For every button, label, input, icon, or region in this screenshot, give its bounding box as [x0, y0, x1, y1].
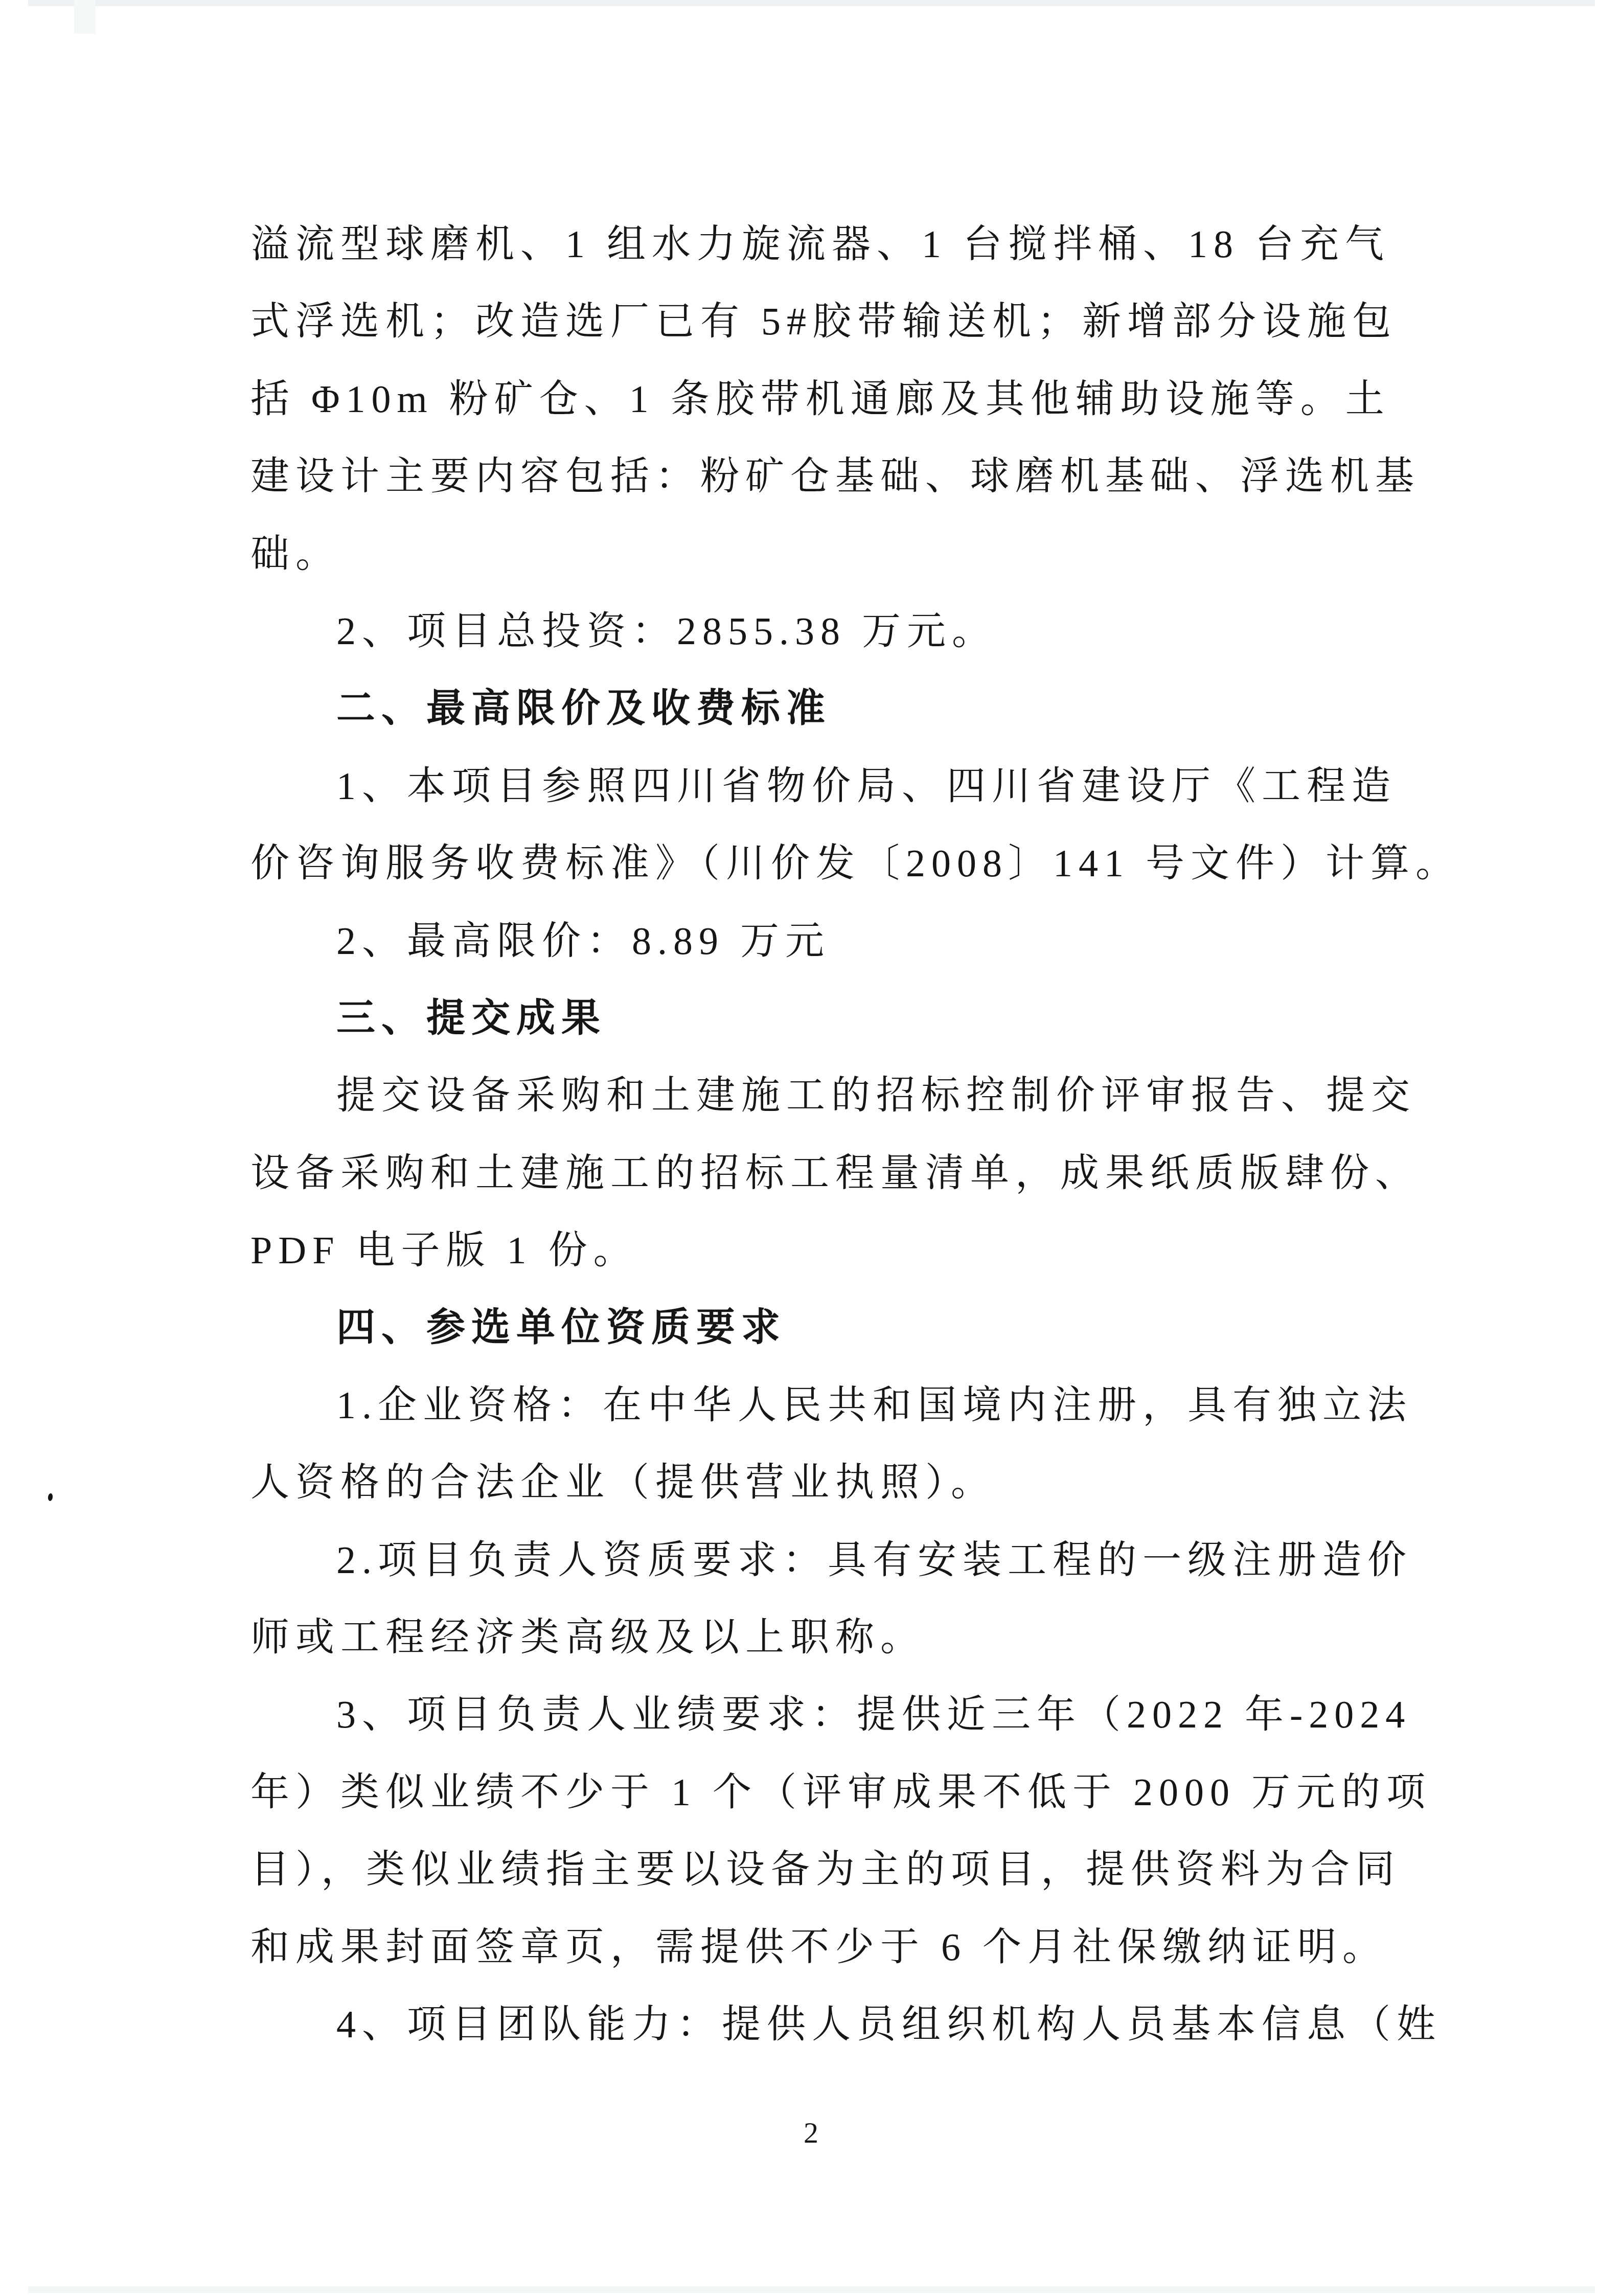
text-line: 础。 — [250, 516, 1431, 593]
text-line: 目），类似业绩指主要以设备为主的项目，提供资料为合同 — [250, 1831, 1431, 1908]
text-line: 2.项目负责人资质要求：具有安装工程的一级注册造价 — [250, 1522, 1431, 1599]
text-line: 年）类似业绩不少于 1 个（评审成果不低于 2000 万元的项 — [250, 1754, 1431, 1831]
top-edge-scan-artifact — [28, 0, 1595, 6]
text-line: 和成果封面签章页，需提供不少于 6 个月社保缴纳证明。 — [250, 1909, 1431, 1986]
text-line: PDF 电子版 1 份。 — [250, 1212, 1431, 1289]
text-line: 1.企业资格：在中华人民共和国境内注册，具有独立法 — [250, 1367, 1431, 1444]
text-line: 3、项目负责人业绩要求：提供近三年（2022 年-2024 — [250, 1676, 1431, 1754]
text-block: 溢流型球磨机、1 组水力旋流器、1 台搅拌桶、18 台充气式浮选机；改造选厂已有… — [250, 206, 1431, 2063]
text-line: 式浮选机；改造选厂已有 5#胶带输送机；新增部分设施包 — [250, 283, 1431, 360]
text-line: 师或工程经济类高级及以上职称。 — [250, 1599, 1431, 1676]
text-line: 建设计主要内容包括：粉矿仓基础、球磨机基础、浮选机基 — [250, 438, 1431, 515]
text-line: 设备采购和土建施工的招标工程量清单，成果纸质版肆份、 — [250, 1135, 1431, 1212]
text-line: 4、项目团队能力：提供人员组织机构人员基本信息（姓 — [250, 1986, 1431, 2063]
text-line: 括 Φ10m 粉矿仓、1 条胶带机通廊及其他辅助设施等。土 — [250, 361, 1431, 438]
page-number: 2 — [0, 2117, 1622, 2149]
text-line: 二、最高限价及收费标准 — [250, 670, 1431, 747]
document-page: 溢流型球磨机、1 组水力旋流器、1 台搅拌桶、18 台充气式浮选机；改造选厂已有… — [0, 0, 1622, 2296]
ink-speck — [48, 1493, 53, 1501]
text-line: 1、本项目参照四川省物价局、四川省建设厅《工程造 — [250, 748, 1431, 825]
bottom-edge-scan-artifact — [28, 2286, 1595, 2293]
text-line: 提交设备采购和土建施工的招标控制价评审报告、提交 — [250, 1057, 1431, 1134]
text-line: 2、最高限价：8.89 万元 — [250, 903, 1431, 980]
text-line: 四、参选单位资质要求 — [250, 1289, 1431, 1367]
text-line: 价咨询服务收费标准》（川价发〔2008〕141 号文件）计算。 — [250, 825, 1431, 902]
text-line: 人资格的合法企业（提供营业执照）。 — [250, 1444, 1431, 1521]
text-line: 三、提交成果 — [250, 980, 1431, 1057]
text-line: 溢流型球磨机、1 组水力旋流器、1 台搅拌桶、18 台充气 — [250, 206, 1431, 283]
text-line: 2、项目总投资：2855.38 万元。 — [250, 593, 1431, 670]
top-left-scan-smudge — [74, 0, 96, 34]
